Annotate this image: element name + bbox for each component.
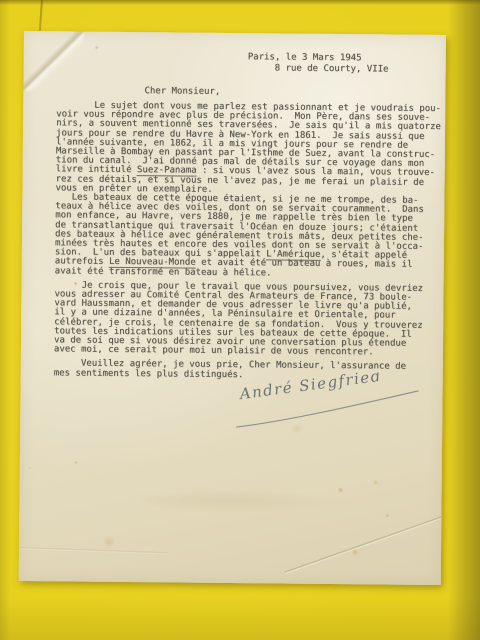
signature: André Siegfried — [230, 371, 431, 438]
letter-place-date: Paris, le 3 Mars 1945 — [248, 53, 362, 63]
paragraph: Le sujet dont vous me parlez est passion… — [55, 101, 442, 197]
letter-paper: Paris, le 3 Mars 1945 8 rue de Courty, V… — [19, 31, 446, 585]
paragraph: Les bateaux de cette époque étaient, si … — [55, 193, 442, 280]
paragraph: Je crois que, pour le travail que vous p… — [54, 281, 441, 358]
letter-salutation: Cher Monsieur, — [144, 87, 220, 97]
bottom-right-crease — [284, 513, 446, 574]
letter-address: 8 rue de Courty, VIIe — [275, 64, 389, 74]
letter-body: Le sujet dont vous me parlez est passion… — [54, 101, 443, 382]
top-left-fold-crease — [23, 31, 84, 92]
photo-background: Paris, le 3 Mars 1945 8 rue de Courty, V… — [0, 0, 480, 640]
bottom-left-crease — [19, 547, 169, 554]
signature-name: André Siegfried — [237, 371, 383, 403]
